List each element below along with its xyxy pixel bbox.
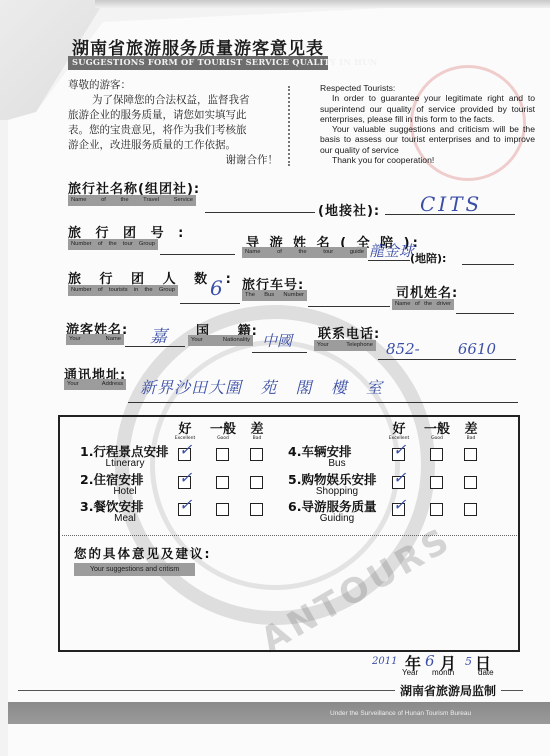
local-guide-label: (地陪): [410, 250, 446, 266]
check-mark-icon: ✓ [393, 498, 406, 512]
intro-english: Respected Tourists: In order to guarante… [320, 83, 535, 165]
address-value: 新界沙田大圍 苑 閣 樓 室 [140, 375, 383, 398]
your-name-value: 嘉 [150, 322, 167, 347]
rating-header-good: 一般Good [208, 423, 238, 441]
telephone-tag: YourTelephone [314, 340, 376, 351]
group-size-tag: NumberoftouristsintheGroup [68, 285, 178, 296]
check-mark-icon: ✓ [179, 498, 192, 512]
local-agency-value: CITS [420, 192, 482, 216]
rating-checkbox-bad[interactable] [250, 476, 263, 489]
rating-checkbox-good[interactable] [216, 476, 229, 489]
bus-number-tag: TheBusNumber [242, 290, 307, 301]
group-size-field[interactable] [180, 303, 240, 304]
rating-checkbox-good[interactable] [430, 476, 443, 489]
nationality-tag: YourNationality [188, 335, 253, 346]
rating-checkbox-bad[interactable] [250, 503, 263, 516]
rating-header-good: 一般Good [422, 423, 452, 441]
driver-name-tag: Nameofthedriver [392, 299, 454, 310]
rating-item-en: Ltinerary [80, 458, 170, 469]
date-day-en: date [478, 668, 494, 677]
footer-issuer-zh: 湖南省旅游局监制 [395, 682, 501, 699]
date-month-en: month [432, 668, 454, 677]
date-year-en: Year [402, 668, 418, 677]
telephone-field[interactable] [378, 359, 516, 360]
scan-edge [95, 0, 550, 8]
guide-name-tag: Nameofthetourguide [242, 247, 367, 258]
group-size-value: 6 [210, 276, 223, 300]
rating-checkbox-good[interactable] [216, 503, 229, 516]
driver-name-field[interactable] [456, 313, 514, 314]
check-mark-icon: ✓ [393, 471, 406, 485]
intro-line: 旅游企业的服务质量，请您如实填写此 [68, 108, 278, 123]
intro-line: 表。您的宝贵意见，将作为我们考核旅 [68, 123, 278, 138]
nationality-value: 中國 [262, 330, 292, 351]
rating-checkbox-good[interactable] [430, 448, 443, 461]
rating-checkbox-bad[interactable] [464, 503, 477, 516]
check-mark-icon: ✓ [179, 443, 192, 457]
nationality-field[interactable] [252, 352, 307, 353]
address-tag: YourAddress [64, 379, 126, 390]
rating-divider [62, 535, 517, 536]
intro-greeting-en: Respected Tourists: [320, 83, 535, 93]
rating-header-excellent: 好Excellent [170, 423, 200, 441]
footer-issuer-en: Under the Surveillance of Hunan Tourism … [330, 710, 471, 717]
suggestions-tag: Your suggestions and critism [74, 563, 195, 576]
intro-thanks-en: Thank you for cooperation! [320, 155, 535, 165]
rating-item-en: Shopping [292, 486, 382, 497]
rating-header-bad: 差Bad [242, 423, 272, 441]
rating-checkbox-good[interactable] [430, 503, 443, 516]
group-number-field[interactable] [160, 254, 235, 255]
check-mark-icon: ✓ [393, 443, 406, 457]
form-subtitle: SUGGESTIONS FORM OF TOURIST SERVICE QUAL… [72, 57, 377, 67]
intro-line: 为了保障您的合法权益，监督我省 [68, 93, 278, 108]
guide-name-field[interactable] [368, 260, 410, 261]
your-name-tag: YourName [66, 334, 124, 345]
rating-item-en: Guiding [292, 513, 382, 524]
intro-paragraph-1: In order to guarantee your legitimate ri… [320, 93, 535, 124]
group-number-tag: NumberofthetourGroup [68, 239, 158, 250]
date-year-value: 2011 [372, 656, 397, 667]
rating-item-en: Meal [80, 513, 170, 524]
rating-checkbox-bad[interactable] [250, 448, 263, 461]
rating-checkbox-bad[interactable] [464, 448, 477, 461]
local-agency-label: (地接社): [318, 200, 380, 219]
guide-name-value: 龍金球 [369, 240, 414, 261]
intro-thanks-zh: 谢谢合作！ [68, 153, 278, 168]
intro-divider [288, 86, 290, 166]
telephone-value: 852- 6610 [386, 340, 496, 358]
intro-line: 游企业，改进服务质量的工作依据。 [68, 138, 278, 153]
check-mark-icon: ✓ [179, 471, 192, 485]
travel-service-field[interactable] [205, 212, 315, 213]
address-field[interactable] [128, 402, 518, 403]
bus-number-field[interactable] [308, 306, 390, 307]
rating-checkbox-bad[interactable] [464, 476, 477, 489]
intro-chinese: 尊敬的游客： 为了保障您的合法权益，监督我省 旅游企业的服务质量，请您如实填写此… [68, 78, 278, 168]
intro-greeting-zh: 尊敬的游客： [68, 78, 278, 93]
rating-header-bad: 差Bad [456, 423, 486, 441]
rating-checkbox-good[interactable] [216, 448, 229, 461]
your-name-field[interactable] [125, 346, 185, 347]
intro-paragraph-2: Your valuable suggestions and criticism … [320, 124, 535, 155]
rating-item-en: Hotel [80, 486, 170, 497]
rating-item-en: Bus [292, 458, 382, 469]
travel-service-tag: NameoftheTravelService [68, 195, 196, 206]
suggestions-field[interactable] [70, 580, 510, 630]
suggestions-label: 您的具体意见及建议: [74, 544, 212, 562]
date-day-value: 5 [465, 655, 472, 668]
rating-header-excellent: 好Excellent [384, 423, 414, 441]
local-guide-field[interactable] [462, 264, 514, 265]
